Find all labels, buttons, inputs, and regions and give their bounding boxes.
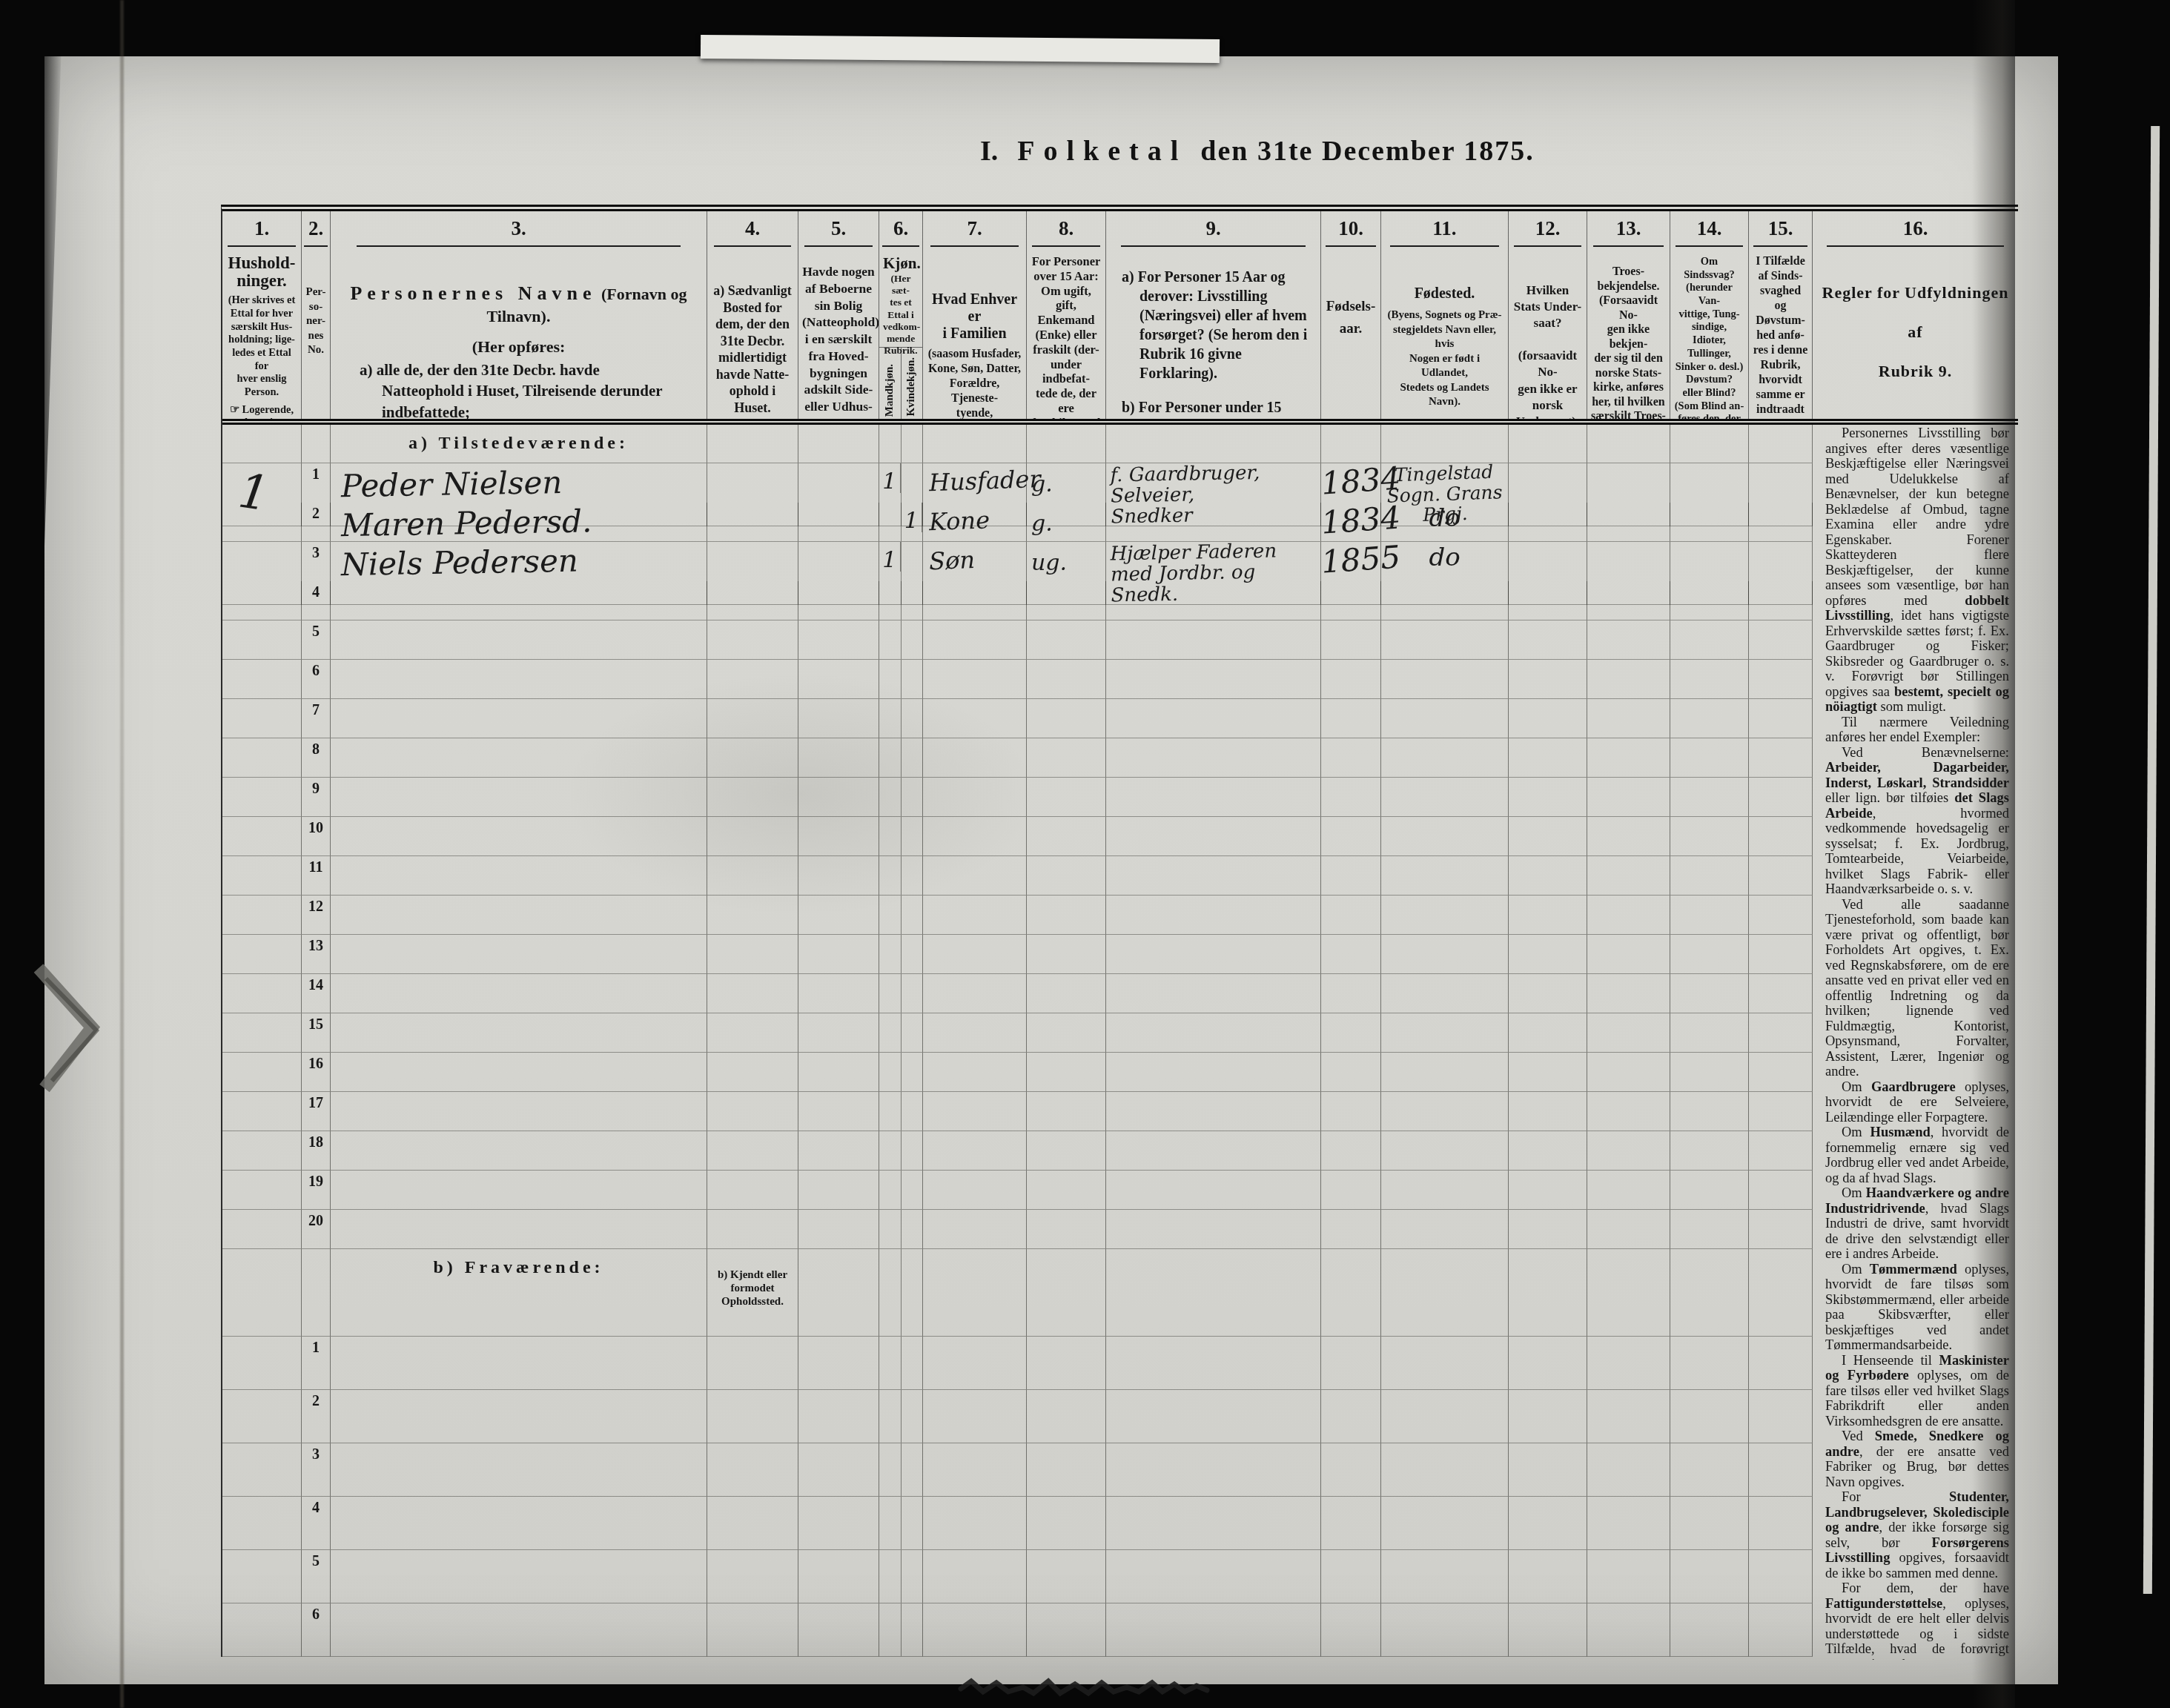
rules-paragraph: Ved Benævnelserne: Arbeider, Dagarbeider… <box>1825 746 2009 898</box>
table-row: 8 <box>222 738 2018 778</box>
row-number: 14 <box>302 974 330 994</box>
row-number: 9 <box>302 778 330 798</box>
family-position-entry: Husfader <box>922 462 1026 495</box>
adjacent-page-edge-right <box>2143 126 2160 1594</box>
fold-crease-left <box>120 0 124 1708</box>
table-row: 13 <box>222 935 2018 974</box>
row-number: 6 <box>302 1603 330 1623</box>
row-number: 18 <box>302 1131 330 1151</box>
row-number: 7 <box>302 699 330 719</box>
rules-paragraph: Om Haandværkere og andre Industridrivend… <box>1825 1186 2009 1262</box>
column-number: 10. <box>1321 211 1381 248</box>
table-row: 9 <box>222 778 2018 817</box>
header-marital-status: For Personer over 15 Aar: Om ugift, gift… <box>1027 248 1106 419</box>
row-number: 3 <box>302 1443 330 1463</box>
rules-paragraph: Ved Smede, Snedkere og andre, der ere an… <box>1825 1429 2009 1490</box>
row-number: 16 <box>302 1053 330 1073</box>
name-entry: Peder Nielsen <box>331 460 707 503</box>
header-households: Hushold- ninger. (Her skrives et Ettal f… <box>222 248 302 419</box>
column-number: 14. <box>1670 211 1749 248</box>
table-row: 14 <box>222 974 2018 1013</box>
row-number: 12 <box>302 896 330 916</box>
section-b-note: b) Kjendt eller formodet Opholdssted. <box>707 1249 798 1308</box>
birth-year-entry: 1855 <box>1320 540 1381 577</box>
column-number: 16. <box>1813 211 2018 248</box>
column-number: 6. <box>879 211 923 248</box>
row-number: 13 <box>302 935 330 955</box>
table-row: 19 <box>222 1171 2018 1210</box>
row-number: 11 <box>302 856 330 876</box>
section-label: b) Fraværende: <box>331 1249 707 1278</box>
row-number: 2 <box>302 1390 330 1410</box>
column-number: 4. <box>707 211 798 248</box>
table-row: 17 <box>222 1092 2018 1131</box>
rules-paragraph: Til nærmere Veiledning anføres her endel… <box>1825 715 2009 746</box>
table-row: 2 <box>222 1390 2018 1443</box>
birth-year-entry: 1834 <box>1320 500 1381 538</box>
sex-female-mark: 1 <box>902 503 923 532</box>
row-number: 5 <box>302 1550 330 1570</box>
table-header-row: Hushold- ninger. (Her skrives et Ettal f… <box>222 248 2018 425</box>
row-number: 19 <box>302 1171 330 1191</box>
adjacent-page-edge <box>701 35 1220 63</box>
column-number: 3. <box>331 211 707 248</box>
column-number: 8. <box>1027 211 1106 248</box>
column-number: 1. <box>222 211 302 248</box>
table-row: 1Peder Nielsen1Husfaderg.f. Gaardbruger,… <box>222 463 2018 503</box>
table-row: 6 <box>222 660 2018 699</box>
header-outbuilding: Havde nogen af Beboerne sin Bolig (Natte… <box>798 248 879 419</box>
chevron-mark <box>30 956 111 1097</box>
header-names: Personernes Navne (Fornavn og Tilnavn). … <box>331 248 707 419</box>
column-number-row: 1.2.3.4.5.6.7.8.9.10.11.12.13.14.15.16. <box>222 211 2018 248</box>
table-row: 3Niels Pedersen1Sønug.Hjælper Faderen me… <box>222 542 2018 581</box>
marital-status-entry: g. <box>1027 503 1105 535</box>
row-number: 2 <box>302 503 330 523</box>
rules-text: Personernes Livsstilling bør angives eft… <box>1825 426 2009 1660</box>
header-rules: Regler for Udfyldningen af Rubrik 9. <box>1813 248 2018 419</box>
family-position-entry: Kone <box>922 501 1026 534</box>
table-row: 11 <box>222 856 2018 896</box>
table-body: a) Tilstedeværende:1Peder Nielsen1Husfad… <box>222 425 2018 1657</box>
column-number: 15. <box>1749 211 1813 248</box>
occupation-entry: f. Gaardbruger, Selveier, Snedker <box>1105 461 1320 527</box>
table-row: 5 <box>222 620 2018 660</box>
occupation-entry: Hjælper Faderen med Jordbr. og Snedk. <box>1105 540 1320 606</box>
table-row: 18 <box>222 1131 2018 1171</box>
row-number: 4 <box>302 581 330 601</box>
header-disability-onset: I Tilfælde af Sinds- svaghed og Døvstum-… <box>1749 248 1813 419</box>
table-row: 5 <box>222 1550 2018 1603</box>
header-birth-year: Fødsels- aar. <box>1321 248 1381 419</box>
manicule-note: ☞ Logerende, der spise Middag ved Famili… <box>226 404 297 419</box>
birthplace-entry: do <box>1381 503 1508 531</box>
row-number: 1 <box>302 463 330 483</box>
table-row: 4 <box>222 1497 2018 1550</box>
column-number: 11. <box>1381 211 1509 248</box>
section-label: a) Tilstedeværende: <box>331 425 707 454</box>
page-title: I.Folketalden 31te December 1875. <box>980 135 1535 168</box>
rules-paragraph: For dem, der have Fattigunderstøttelse, … <box>1825 1581 2009 1660</box>
rules-paragraph: For Studenter, Landbrugselever, Skoledis… <box>1825 1490 2009 1581</box>
column-number: 9. <box>1106 211 1321 248</box>
table-row: 15 <box>222 1013 2018 1053</box>
header-person-no: Per- so- ner- nes No. <box>302 248 331 419</box>
header-usual-residence: a) Sædvanligt Bosted for dem, der den 31… <box>707 248 798 419</box>
rules-paragraph: Om Tømmermænd oplyses, hvorvidt de fare … <box>1825 1262 2009 1354</box>
table-row: 16 <box>222 1053 2018 1092</box>
row-number: 4 <box>302 1497 330 1517</box>
sex-male-mark: 1 <box>879 463 901 493</box>
row-number: 10 <box>302 817 330 837</box>
census-table: 1.2.3.4.5.6.7.8.9.10.11.12.13.14.15.16. … <box>221 205 2018 1657</box>
header-birthplace: Fødested. (Byens, Sognets og Præ- stegje… <box>1381 248 1509 419</box>
row-number: 17 <box>302 1092 330 1112</box>
sex-male-mark: 1 <box>879 542 901 572</box>
header-occupation: a) For Personer 15 Aar og der­over: Livs… <box>1106 248 1321 419</box>
rules-paragraph: Personernes Livsstilling bør angives eft… <box>1825 426 2009 715</box>
table-row: 20 <box>222 1210 2018 1249</box>
rules-column: Personernes Livsstilling bør angives eft… <box>1813 422 2018 1660</box>
header-sex: Kjøn. (Her sæt- tes et Ettal i vedkom- m… <box>879 248 923 419</box>
table-row: 12 <box>222 896 2018 935</box>
row-number: 20 <box>302 1210 330 1230</box>
census-scan: I.Folketalden 31te December 1875. 1.2.3.… <box>0 0 2170 1708</box>
column-number: 2. <box>302 211 331 248</box>
row-number: 5 <box>302 620 330 640</box>
rules-paragraph: Om Gaardbrugere oplyses, hvorvidt de ere… <box>1825 1080 2009 1126</box>
table-row: b) Fraværende:b) Kjendt eller formodet O… <box>222 1249 2018 1337</box>
table-row: 7 <box>222 699 2018 738</box>
header-family-position: Hvad Enhver er i Familien (saasom Husfad… <box>923 248 1027 419</box>
column-number: 5. <box>798 211 879 248</box>
birthplace-entry: do <box>1381 542 1508 570</box>
row-number: 15 <box>302 1013 330 1033</box>
name-entry: Niels Pedersen <box>331 539 707 581</box>
column-number: 13. <box>1587 211 1670 248</box>
marital-status-entry: g. <box>1027 463 1105 496</box>
family-position-entry: Søn <box>922 540 1026 574</box>
ink-squiggle <box>956 1669 1253 1702</box>
table-row: a) Tilstedeværende: <box>222 425 2018 463</box>
name-entry: Maren Pedersd. <box>331 500 707 542</box>
table-row: 3 <box>222 1443 2018 1497</box>
header-creed: Troes- bekjendelse. (Forsaavidt No- gen … <box>1587 248 1670 419</box>
column-number: 12. <box>1509 211 1587 248</box>
row-number: 1 <box>302 1337 330 1357</box>
table-row: 1 <box>222 1337 2018 1390</box>
row-number: 8 <box>302 738 330 758</box>
birth-year-entry: 1834 <box>1320 461 1381 499</box>
table-row: 6 <box>222 1603 2018 1657</box>
column-number: 7. <box>923 211 1027 248</box>
header-citizenship: Hvilken Stats Under- saat? (forsaavidt N… <box>1509 248 1587 419</box>
header-disabilities: Om Sindssvag? (herunder Van- vittige, Tu… <box>1670 248 1749 419</box>
rules-paragraph: I Henseende til Maskinister og Fyrbødere… <box>1825 1354 2009 1430</box>
marital-status-entry: ug. <box>1027 542 1105 575</box>
row-number: 3 <box>302 542 330 562</box>
row-number: 6 <box>302 660 330 680</box>
table-row: 10 <box>222 817 2018 856</box>
rules-paragraph: Om Husmænd, hvorvidt de fornemmelig ernæ… <box>1825 1125 2009 1186</box>
rules-paragraph: Ved alle saadanne Tjenesteforhold, som b… <box>1825 898 2009 1080</box>
